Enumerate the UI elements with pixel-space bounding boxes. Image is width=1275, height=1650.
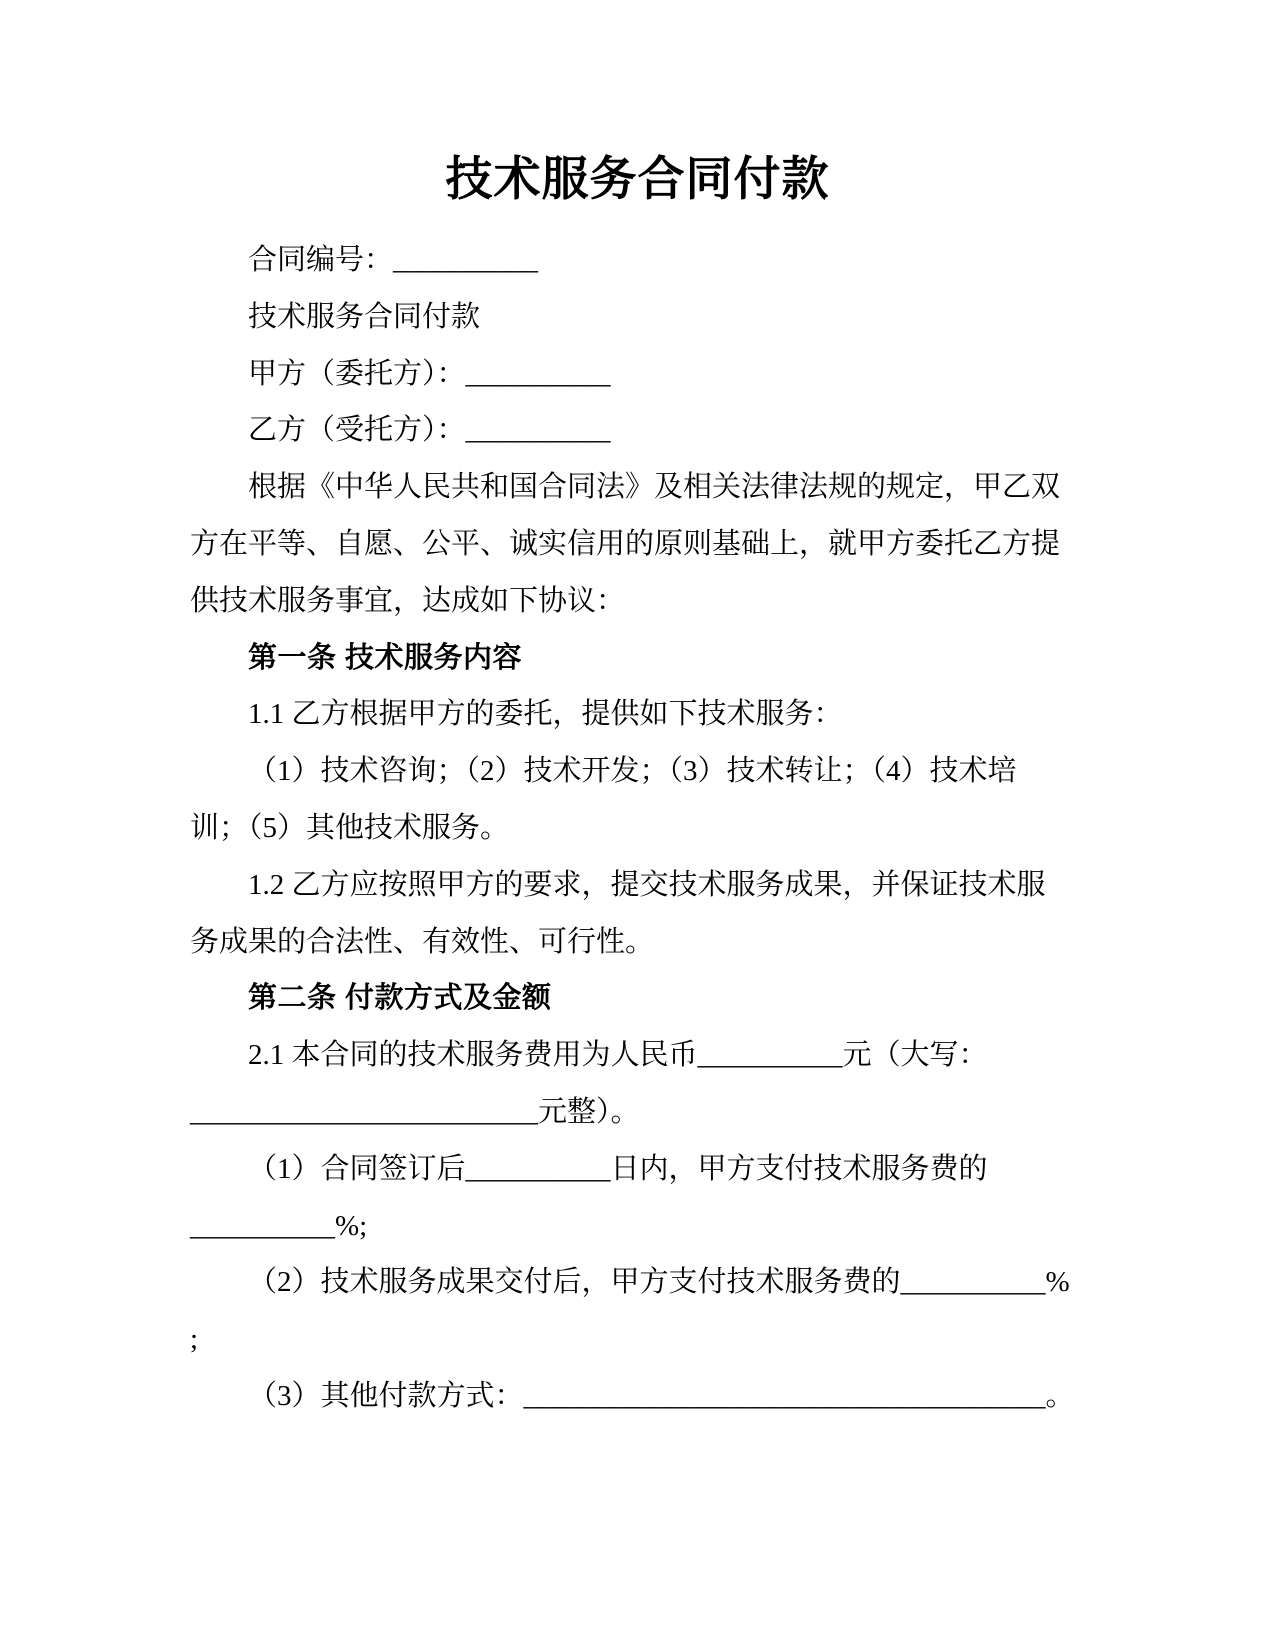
line-payment-3: （3）其他付款方式：______________________________…	[190, 1368, 1075, 1425]
document-title: 技术服务合同付款	[0, 152, 1275, 208]
line-clause-1-1: 1.1 乙方根据甲方的委托，提供如下技术服务：	[190, 686, 1075, 743]
line-subtitle: 技术服务合同付款	[190, 289, 1075, 346]
heading-article-2: 第二条 付款方式及金额	[190, 970, 1075, 1027]
line-clause-1-2-b: 务成果的合法性、有效性、可行性。	[190, 914, 1075, 971]
line-preamble-1: 根据《中华人民共和国合同法》及相关法律法规的规定，甲乙双	[190, 459, 1075, 516]
heading-article-1: 第一条 技术服务内容	[190, 630, 1075, 687]
line-contract-number: 合同编号：__________	[190, 232, 1075, 289]
line-clause-2-1-b: ________________________元整）。	[190, 1084, 1075, 1141]
line-payment-1-b: __________%;	[190, 1198, 1075, 1255]
line-clause-2-1-a: 2.1 本合同的技术服务费用为人民币__________元（大写：	[190, 1027, 1075, 1084]
line-payment-2-a: （2）技术服务成果交付后，甲方支付技术服务费的__________%	[190, 1254, 1075, 1311]
line-payment-2-b: ;	[190, 1311, 1075, 1368]
line-party-b: 乙方（受托方）：__________	[190, 402, 1075, 459]
line-party-a: 甲方（委托方）：__________	[190, 346, 1075, 403]
contract-document-page: 技术服务合同付款 合同编号：__________ 技术服务合同付款 甲方（委托方…	[0, 0, 1275, 1650]
document-body: 合同编号：__________ 技术服务合同付款 甲方（委托方）：_______…	[190, 232, 1075, 1425]
line-payment-1-a: （1）合同签订后__________日内，甲方支付技术服务费的	[190, 1141, 1075, 1198]
line-service-items-1: （1）技术咨询；（2）技术开发；（3）技术转让；（4）技术培	[190, 743, 1075, 800]
line-preamble-3: 供技术服务事宜，达成如下协议：	[190, 573, 1075, 630]
line-clause-1-2-a: 1.2 乙方应按照甲方的要求，提交技术服务成果，并保证技术服	[190, 857, 1075, 914]
line-preamble-2: 方在平等、自愿、公平、诚实信用的原则基础上，就甲方委托乙方提	[190, 516, 1075, 573]
line-service-items-2: 训；（5）其他技术服务。	[190, 800, 1075, 857]
